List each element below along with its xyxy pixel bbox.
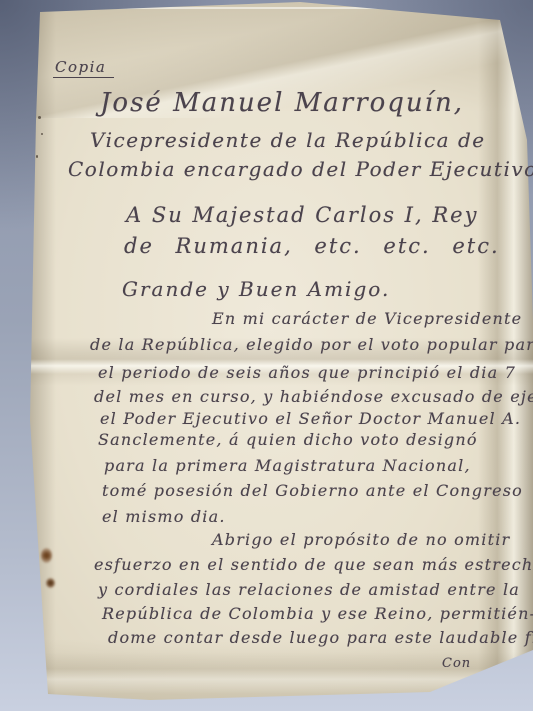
body-line: En mi carácter de Vicepresidente bbox=[212, 309, 522, 328]
sender-title-line-1: Vicepresidente de la República de bbox=[90, 128, 486, 152]
body-line: el mismo dia. bbox=[102, 507, 226, 526]
recipient-line-2: de Rumania, etc. etc. etc. bbox=[124, 234, 500, 258]
body-line: Sanclemente, á quien dicho voto designó bbox=[98, 430, 478, 449]
manuscript-text: Copia José Manuel Marroquín, Vicepreside… bbox=[0, 0, 533, 711]
body-line: y cordiales las relaciones de amistad en… bbox=[98, 580, 520, 599]
body-line: del mes en curso, y habiéndose excusado … bbox=[94, 387, 533, 406]
body-line: para la primera Magistratura Nacional, bbox=[104, 456, 471, 475]
body-line: de la República, elegido por el voto pop… bbox=[90, 335, 533, 354]
sender-name: José Manuel Marroquín, bbox=[100, 88, 464, 118]
body-line: dome contar desde luego para este laudab… bbox=[108, 628, 533, 647]
body-line: Abrigo el propósito de no omitir bbox=[212, 530, 510, 549]
copy-annotation: Copia bbox=[53, 58, 114, 78]
recipient-line-1: A Su Majestad Carlos I, Rey bbox=[126, 203, 478, 227]
salutation: Grande y Buen Amigo. bbox=[122, 277, 390, 301]
body-line: esfuerzo en el sentido de que sean más e… bbox=[94, 555, 533, 574]
catchword: Con bbox=[442, 656, 471, 671]
body-line: el Poder Ejecutivo el Señor Doctor Manue… bbox=[100, 409, 521, 428]
sender-title-line-2: Colombia encargado del Poder Ejecutivo. bbox=[68, 157, 533, 181]
body-line: tomé posesión del Gobierno ante el Congr… bbox=[102, 481, 523, 500]
photo-background: Copia José Manuel Marroquín, Vicepreside… bbox=[0, 0, 533, 711]
body-line: el periodo de seis años que principió el… bbox=[98, 363, 516, 382]
body-line: República de Colombia y ese Reino, permi… bbox=[102, 604, 533, 623]
